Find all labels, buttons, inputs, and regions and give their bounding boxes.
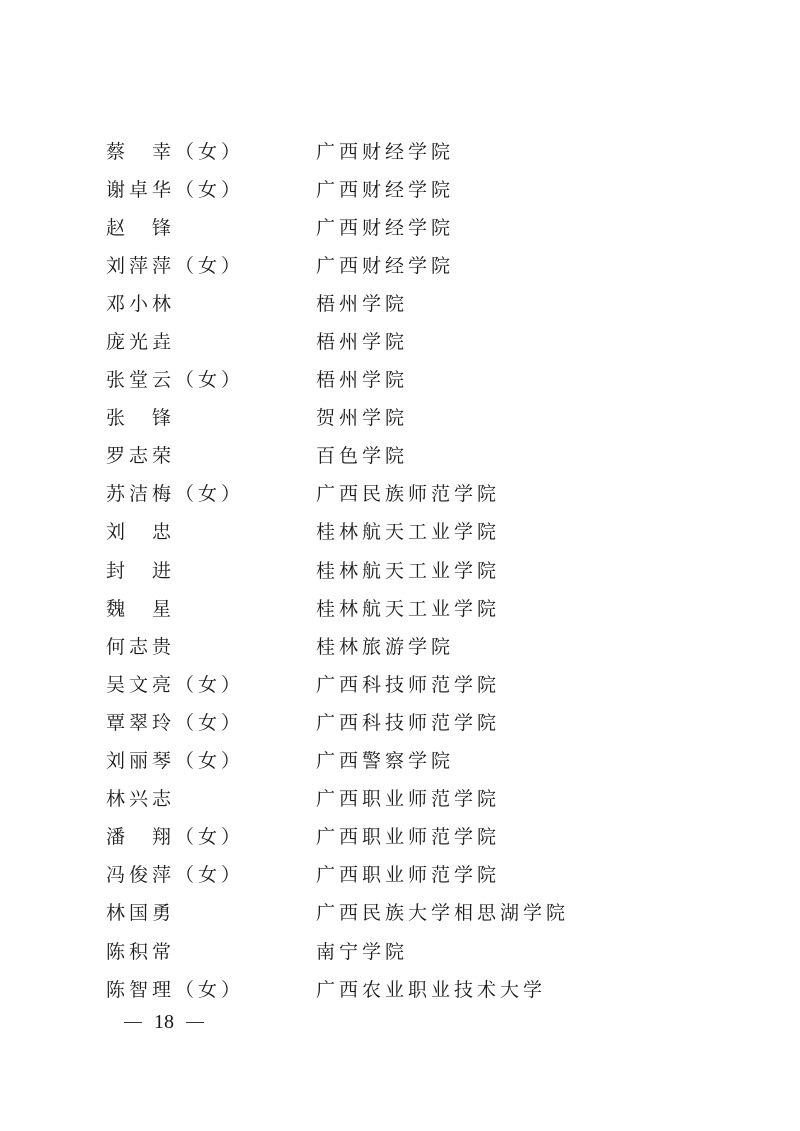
person-name: 陈智理（女） — [106, 975, 316, 1002]
list-item: 陈积常南宁学院 — [106, 931, 726, 969]
list-item: 庞光垚梧州学院 — [106, 321, 726, 359]
list-item: 封 进桂林航天工业学院 — [106, 550, 726, 588]
dash-divider — [124, 1022, 142, 1023]
list-item: 林国勇广西民族大学相思湖学院 — [106, 893, 726, 931]
institution-name: 梧州学院 — [316, 365, 726, 392]
person-name: 庞光垚 — [106, 327, 316, 354]
list-item: 魏 星桂林航天工业学院 — [106, 588, 726, 626]
person-name: 张 锋 — [106, 403, 316, 430]
person-name: 林国勇 — [106, 898, 316, 925]
person-name: 邓小林 — [106, 289, 316, 316]
person-name: 蔡 幸（女） — [106, 137, 316, 164]
person-name: 何志贵 — [106, 632, 316, 659]
person-name: 张堂云（女） — [106, 365, 316, 392]
person-name: 封 进 — [106, 556, 316, 583]
institution-name: 广西民族大学相思湖学院 — [316, 898, 726, 925]
list-item: 林兴志广西职业师范学院 — [106, 779, 726, 817]
list-item: 苏洁梅（女）广西民族师范学院 — [106, 474, 726, 512]
person-name: 罗志荣 — [106, 441, 316, 468]
list-item: 陈智理（女）广西农业职业技术大学 — [106, 969, 726, 1007]
institution-name: 广西农业职业技术大学 — [316, 975, 726, 1002]
institution-name: 广西职业师范学院 — [316, 822, 726, 849]
person-name: 赵 锋 — [106, 213, 316, 240]
dash-divider — [186, 1022, 204, 1023]
list-item: 罗志荣百色学院 — [106, 436, 726, 474]
person-name: 魏 星 — [106, 594, 316, 621]
person-name: 谢卓华（女） — [106, 175, 316, 202]
list-item: 吴文亮（女）广西科技师范学院 — [106, 664, 726, 702]
institution-name: 桂林航天工业学院 — [316, 556, 726, 583]
page-number-value: 18 — [154, 1011, 174, 1034]
list-item: 覃翠玲（女）广西科技师范学院 — [106, 702, 726, 740]
institution-name: 广西警察学院 — [316, 746, 726, 773]
list-item: 赵 锋广西财经学院 — [106, 207, 726, 245]
list-item: 刘 忠桂林航天工业学院 — [106, 512, 726, 550]
person-name: 覃翠玲（女） — [106, 708, 316, 735]
list-item: 刘丽琴（女）广西警察学院 — [106, 741, 726, 779]
list-item: 蔡 幸（女）广西财经学院 — [106, 131, 726, 169]
person-name: 苏洁梅（女） — [106, 479, 316, 506]
institution-name: 梧州学院 — [316, 327, 726, 354]
list-item: 潘 翔（女）广西职业师范学院 — [106, 817, 726, 855]
list-item: 张堂云（女）梧州学院 — [106, 360, 726, 398]
person-name: 冯俊萍（女） — [106, 860, 316, 887]
person-name: 陈积常 — [106, 937, 316, 964]
list-item: 何志贵桂林旅游学院 — [106, 626, 726, 664]
institution-name: 桂林航天工业学院 — [316, 594, 726, 621]
institution-name: 百色学院 — [316, 441, 726, 468]
page-number: 18 — [124, 1011, 204, 1034]
institution-name: 广西科技师范学院 — [316, 670, 726, 697]
institution-name: 南宁学院 — [316, 937, 726, 964]
institution-name: 梧州学院 — [316, 289, 726, 316]
institution-name: 广西科技师范学院 — [316, 708, 726, 735]
institution-name: 广西民族师范学院 — [316, 479, 726, 506]
institution-name: 广西财经学院 — [316, 137, 726, 164]
institution-name: 桂林旅游学院 — [316, 632, 726, 659]
institution-name: 贺州学院 — [316, 403, 726, 430]
institution-name: 广西财经学院 — [316, 251, 726, 278]
person-name: 刘 忠 — [106, 517, 316, 544]
list-item: 张 锋贺州学院 — [106, 398, 726, 436]
name-list: 蔡 幸（女）广西财经学院 谢卓华（女）广西财经学院 赵 锋广西财经学院 刘萍萍（… — [106, 131, 726, 1007]
list-item: 刘萍萍（女）广西财经学院 — [106, 245, 726, 283]
person-name: 刘丽琴（女） — [106, 746, 316, 773]
person-name: 刘萍萍（女） — [106, 251, 316, 278]
person-name: 林兴志 — [106, 784, 316, 811]
institution-name: 桂林航天工业学院 — [316, 517, 726, 544]
person-name: 潘 翔（女） — [106, 822, 316, 849]
institution-name: 广西职业师范学院 — [316, 860, 726, 887]
person-name: 吴文亮（女） — [106, 670, 316, 697]
list-item: 冯俊萍（女）广西职业师范学院 — [106, 855, 726, 893]
list-item: 谢卓华（女）广西财经学院 — [106, 169, 726, 207]
list-item: 邓小林梧州学院 — [106, 283, 726, 321]
institution-name: 广西财经学院 — [316, 175, 726, 202]
institution-name: 广西职业师范学院 — [316, 784, 726, 811]
institution-name: 广西财经学院 — [316, 213, 726, 240]
